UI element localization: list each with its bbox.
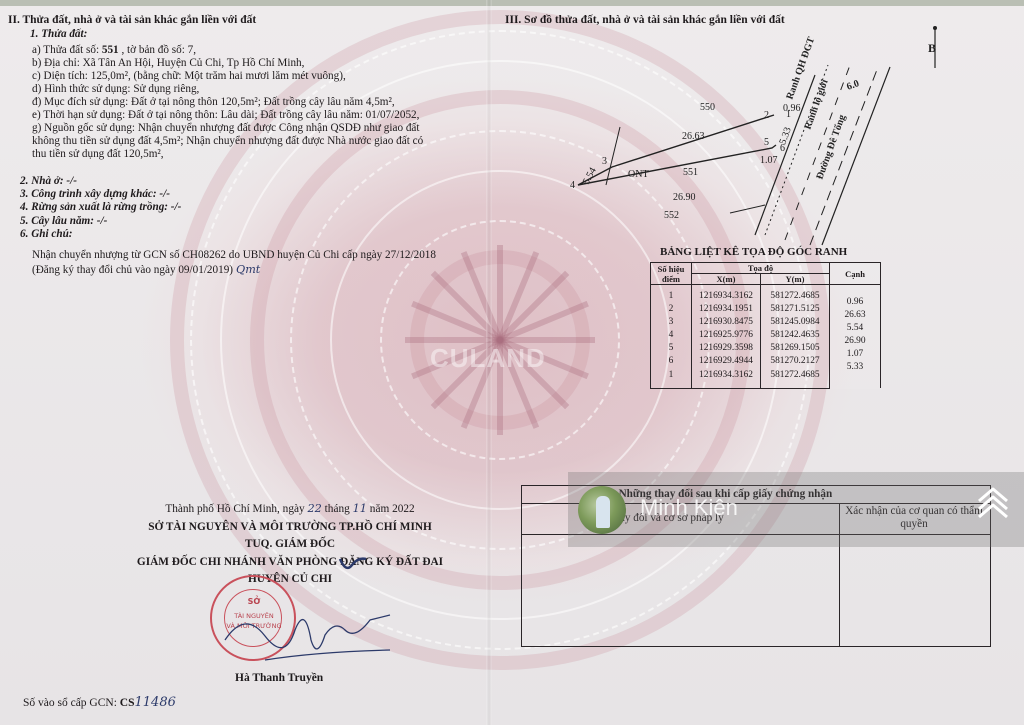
asset-heading: 2. Nhà ở: -/- <box>20 175 77 189</box>
land-plot-heading: 1. Thửa đất: <box>30 28 87 42</box>
svg-text:6.0: 6.0 <box>845 78 861 93</box>
col-y: Y(m) <box>761 274 830 285</box>
svg-text:Ranh lộ giới: Ranh lộ giới <box>802 78 830 131</box>
svg-text:552: 552 <box>664 210 679 221</box>
asset-heading: 6. Ghi chú: <box>20 228 73 242</box>
brand-logo-icon <box>973 485 1013 525</box>
col-edge: Cạnh <box>830 263 881 285</box>
land-plot-diagram: 550551ONT55226.6326.905.540.961.075.3323… <box>560 55 880 245</box>
signature-icon <box>205 600 395 670</box>
plot-detail-row: c) Diện tích: 125,0m², (bằng chữ: Một tr… <box>32 70 346 84</box>
watermark-name: Minh Kiên <box>640 495 738 521</box>
coordinate-table: Số hiệu điểm Tọa độ Cạnh X(m) Y(m) 11216… <box>650 262 881 389</box>
svg-text:6: 6 <box>780 143 785 154</box>
plot-detail-row: d) Hình thức sử dụng: Sử dụng riêng, <box>32 83 199 97</box>
svg-text:550: 550 <box>700 102 715 113</box>
svg-text:26.90: 26.90 <box>673 192 696 203</box>
initial-signature-icon <box>338 555 368 575</box>
watermark-banner <box>568 472 1024 547</box>
note-line: (Đăng ký thay đổi chủ vào ngày 09/01/201… <box>32 263 260 278</box>
north-arrow-icon: B <box>925 25 945 70</box>
plot-detail-row: thu tiền sử dụng đất 120,5m², <box>32 148 164 162</box>
plot-detail-row: g) Nguồn gốc sử dụng: Nhận chuyển nhượng… <box>32 122 420 136</box>
svg-text:2: 2 <box>764 110 769 121</box>
handwritten-day: 22 <box>307 502 321 515</box>
culand-watermark: CULAND <box>430 343 546 374</box>
handwritten-month: 11 <box>353 502 367 515</box>
plot-detail-row: không thu tiền sử dụng đất 4,5m²; Nhận c… <box>32 135 423 149</box>
page-top-edge <box>0 0 1024 6</box>
svg-text:B: B <box>928 41 936 55</box>
table-row: 11216934.3162581272.46850.9626.635.5426.… <box>651 285 881 304</box>
section-iii-title: III. Sơ đồ thửa đất, nhà ở và tài sản kh… <box>505 14 785 28</box>
svg-text:5: 5 <box>764 137 769 148</box>
col-coords: Tọa độ <box>692 263 830 274</box>
svg-text:1.07: 1.07 <box>760 155 778 166</box>
svg-text:ONT: ONT <box>628 169 649 180</box>
authorization-line: TUQ. GIÁM ĐỐC <box>100 536 480 554</box>
gcn-register-number: Số vào sổ cấp GCN: CS11486 <box>23 695 176 710</box>
svg-text:26.63: 26.63 <box>682 131 705 142</box>
col-point: Số hiệu điểm <box>651 263 692 285</box>
asset-heading: 3. Công trình xây dựng khác: -/- <box>20 188 170 202</box>
col-x: X(m) <box>692 274 761 285</box>
land-certificate-page: CULAND II. Thửa đất, nhà ở và tài sản kh… <box>0 0 1024 725</box>
issuing-department: SỞ TÀI NGUYÊN VÀ MÔI TRƯỜNG TP.HỒ CHÍ MI… <box>100 519 480 537</box>
svg-text:1: 1 <box>786 109 791 120</box>
plot-detail-row: e) Thời hạn sử dụng: Đất ở tại nông thôn… <box>32 109 419 123</box>
place-date-line: Thành phố Hồ Chí Minh, ngày 22 tháng 11 … <box>100 500 480 519</box>
plot-detail-row: b) Địa chỉ: Xã Tân An Hội, Huyện Củ Chi,… <box>32 57 304 71</box>
plot-detail-row: đ) Mục đích sử dụng: Đất ở tại nông thôn… <box>32 96 395 110</box>
asset-heading: 4. Rừng sản xuất là rừng trồng: -/- <box>20 201 181 215</box>
district-name: HUYỆN CỦ CHI <box>100 571 480 589</box>
edge-lengths: 0.9626.635.5426.901.075.33 <box>830 285 881 389</box>
asset-heading: 5. Cây lâu năm: -/- <box>20 215 107 229</box>
coord-table-title: BẢNG LIỆT KÊ TỌA ĐỘ GÓC RANH <box>660 246 847 258</box>
svg-text:3: 3 <box>602 156 607 167</box>
signer-name: Hà Thanh Truyền <box>235 672 323 684</box>
plot-detail-row: a) Thửa đất số: 551 , tờ bản đồ số: 7, <box>32 44 196 58</box>
note-line: Nhận chuyển nhượng từ GCN số CH08262 do … <box>32 249 436 263</box>
svg-text:4: 4 <box>570 180 575 191</box>
section-ii-title: II. Thửa đất, nhà ở và tài sản khác gắn … <box>8 14 256 28</box>
signing-block: Thành phố Hồ Chí Minh, ngày 22 tháng 11 … <box>100 500 480 589</box>
svg-text:Ranh QH ĐGT: Ranh QH ĐGT <box>784 35 817 101</box>
signer-title: GIÁM ĐỐC CHI NHÁNH VĂN PHÒNG ĐĂNG KÝ ĐẤT… <box>100 554 480 572</box>
svg-text:551: 551 <box>683 167 698 178</box>
avatar[interactable] <box>578 486 626 534</box>
